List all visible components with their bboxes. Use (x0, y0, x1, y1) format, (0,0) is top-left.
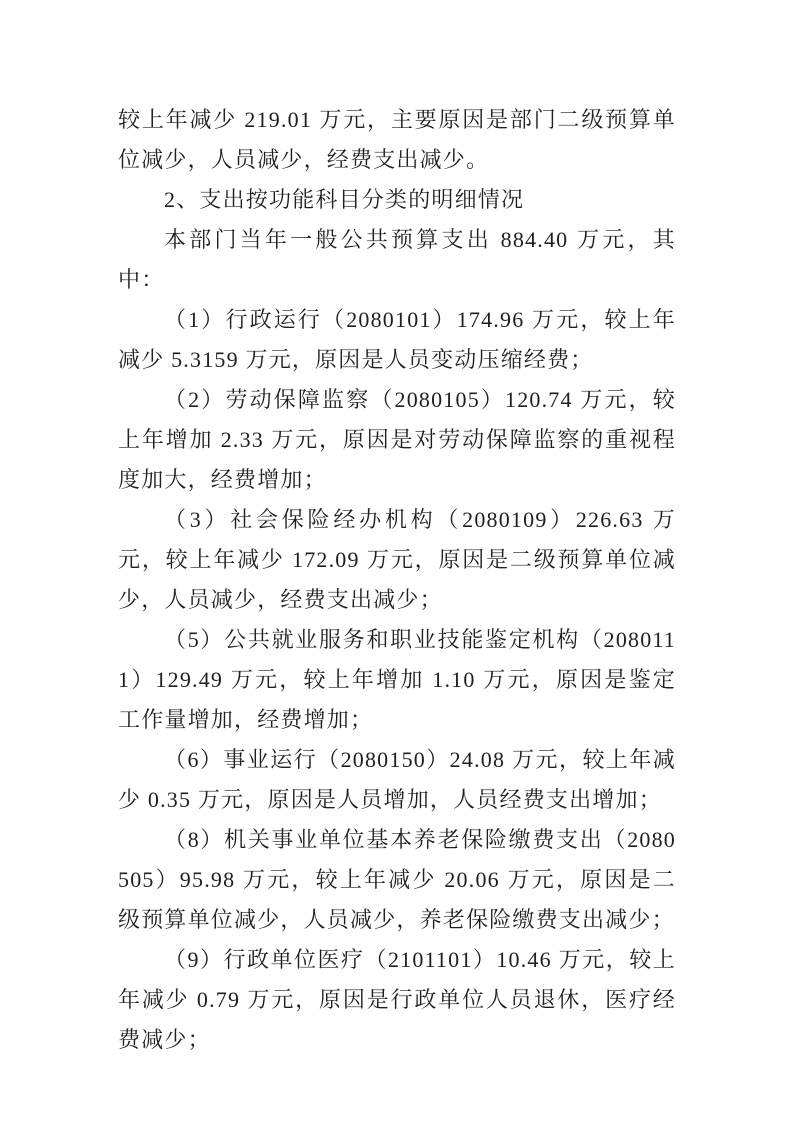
paragraph-item-6: （6）事业运行（2080150）24.08 万元，较上年减少 0.35 万元，原… (118, 740, 676, 820)
paragraph-item-8: （8）机关事业单位基本养老保险缴费支出（2080505）95.98 万元，较上年… (118, 820, 676, 940)
paragraph-section-heading: 2、支出按功能科目分类的明细情况 (118, 180, 676, 220)
paragraph-item-2: （2）劳动保障监察（2080105）120.74 万元，较上年增加 2.33 万… (118, 380, 676, 500)
paragraph-total-expenditure: 本部门当年一般公共预算支出 884.40 万元，其中： (118, 220, 676, 300)
paragraph-item-1: （1）行政运行（2080101）174.96 万元，较上年减少 5.3159 万… (118, 300, 676, 380)
paragraph-item-9: （9）行政单位医疗（2101101）10.46 万元，较上年减少 0.79 万元… (118, 940, 676, 1060)
paragraph-item-3: （3）社会保险经办机构（2080109）226.63 万元，较上年减少 172.… (118, 500, 676, 620)
paragraph-continuation: 较上年减少 219.01 万元，主要原因是部门二级预算单位减少，人员减少，经费支… (118, 100, 676, 180)
paragraph-item-5: （5）公共就业服务和职业技能鉴定机构（2080111）129.49 万元，较上年… (118, 620, 676, 740)
document-page: 较上年减少 219.01 万元，主要原因是部门二级预算单位减少，人员减少，经费支… (0, 0, 793, 1122)
